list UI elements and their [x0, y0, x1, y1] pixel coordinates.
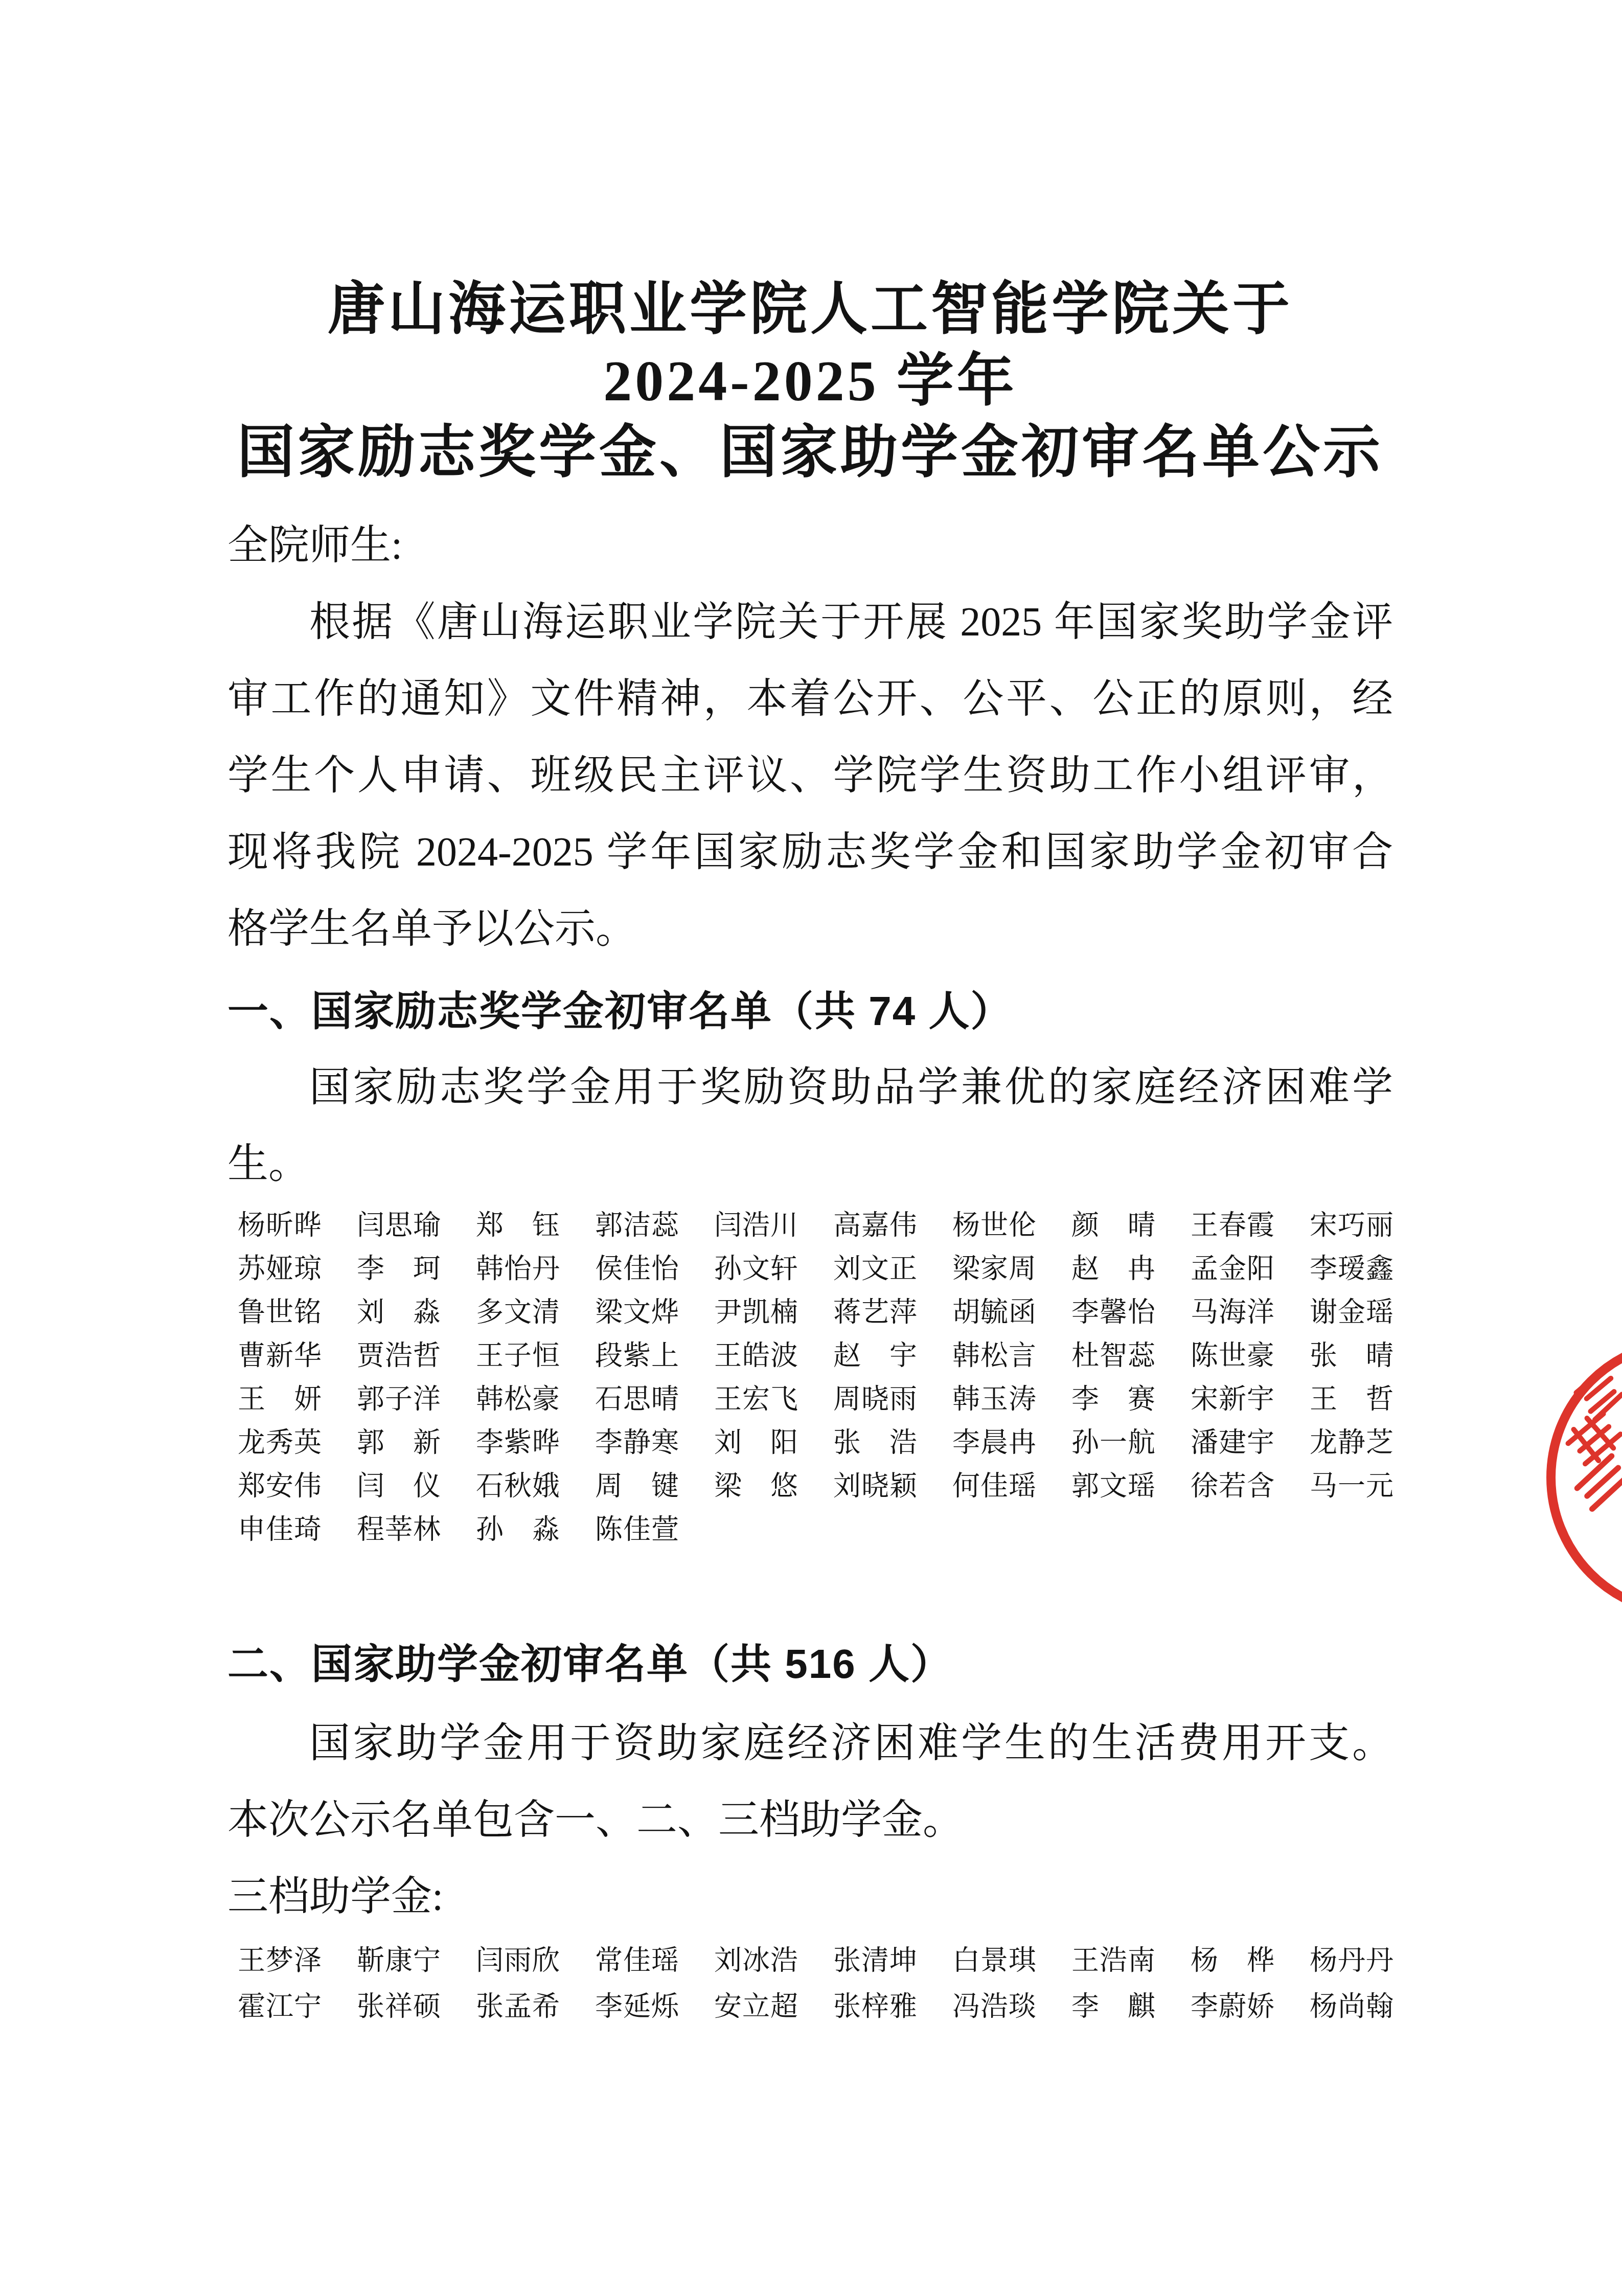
- student-name: 杨世伦: [952, 1203, 1071, 1243]
- student-name: 龙静芝: [1310, 1421, 1429, 1460]
- student-name: 王浩南: [1071, 1939, 1191, 1978]
- student-name: 王子恒: [476, 1334, 595, 1373]
- student-name: 梁文烨: [595, 1290, 714, 1330]
- document-page: 唐山海运职业学院人工智能学院关于 2024-2025 学年 国家励志奖学金、国家…: [0, 0, 1622, 2296]
- section2-description: 国家助学金用于资助家庭经济困难学生的生活费用开支。 本次公示名单包含一、二、三档…: [227, 1705, 1393, 1858]
- student-name: 贾浩哲: [357, 1334, 476, 1373]
- student-name: 段紫上: [595, 1334, 714, 1373]
- student-name: 郭 新: [357, 1421, 476, 1460]
- intro-line: 现将我院 2024-2025 学年国家励志奖学金和国家助学金初审合: [227, 814, 1393, 891]
- student-name: 谢金瑶: [1310, 1290, 1429, 1330]
- student-name: 周 键: [595, 1464, 714, 1504]
- student-name: 尹凯楠: [714, 1290, 833, 1330]
- student-name: 李静寒: [595, 1421, 714, 1460]
- student-name: 霍江宁: [238, 1985, 357, 2024]
- student-name: 白景琪: [952, 1939, 1071, 1978]
- student-name: 杨昕晔: [238, 1203, 357, 1243]
- intro-line: 审工作的通知》文件精神，本着公开、公平、公正的原则，经: [227, 661, 1393, 737]
- student-name: 鲁世铭: [238, 1290, 357, 1330]
- student-name: 杜智蕊: [1071, 1334, 1191, 1373]
- name-row: 王梦泽靳康宁闫雨欣常佳瑶刘冰浩张清坤白景琪王浩南杨 桦杨丹丹: [238, 1935, 1429, 1981]
- student-name: 刘晓颖: [833, 1464, 952, 1504]
- name-row: 鲁世铭刘 淼多文清梁文烨尹凯楠蒋艺萍胡毓函李馨怡马海洋谢金瑶: [238, 1288, 1429, 1332]
- salutation: 全院师生:: [227, 507, 1393, 584]
- student-name: 李 麒: [1071, 1985, 1191, 2024]
- student-name: 程莘林: [357, 1508, 476, 1547]
- student-name: 侯佳怡: [595, 1247, 714, 1286]
- student-name: 孙一航: [1071, 1421, 1191, 1460]
- student-name: 孙 淼: [476, 1508, 595, 1547]
- student-name: 李紫晔: [476, 1421, 595, 1460]
- tier3-grant-label: 三档助学金:: [227, 1858, 1393, 1935]
- student-name: 曹新华: [238, 1334, 357, 1373]
- student-name: 陈佳萱: [595, 1508, 714, 1547]
- student-name: 李 珂: [357, 1247, 476, 1286]
- section2-desc-line: 本次公示名单包含一、二、三档助学金。: [227, 1782, 1393, 1858]
- intro-line: 根据《唐山海运职业学院关于开展 2025 年国家奖助学金评: [227, 584, 1393, 661]
- student-name: 宋巧丽: [1310, 1203, 1429, 1243]
- student-name: 石秋娥: [476, 1464, 595, 1504]
- intro-paragraph: 全院师生: 根据《唐山海运职业学院关于开展 2025 年国家奖助学金评 审工作的…: [227, 507, 1393, 967]
- student-name: 孟金阳: [1191, 1247, 1310, 1286]
- student-name: 颜 晴: [1071, 1203, 1191, 1243]
- student-name: 郑安伟: [238, 1464, 357, 1504]
- student-name: 李馨怡: [1071, 1290, 1191, 1330]
- name-row: 杨昕晔闫思瑜郑 钰郭洁蕊闫浩川高嘉伟杨世伦颜 晴王春霞宋巧丽: [238, 1201, 1429, 1245]
- student-name: 王 妍: [238, 1377, 357, 1417]
- student-name: 刘冰浩: [714, 1939, 833, 1978]
- student-name: 刘 阳: [714, 1421, 833, 1460]
- student-name: 王皓波: [714, 1334, 833, 1373]
- student-name: 杨 桦: [1191, 1939, 1310, 1978]
- name-row: 郑安伟闫 仪石秋娥周 键梁 悠刘晓颖何佳瑶郭文瑶徐若含马一元: [238, 1462, 1429, 1506]
- student-name: 马一元: [1310, 1464, 1429, 1504]
- student-name: 张孟希: [476, 1985, 595, 2024]
- student-name: 何佳瑶: [952, 1464, 1071, 1504]
- student-name: 闫 仪: [357, 1464, 476, 1504]
- student-name: 申佳琦: [238, 1508, 357, 1547]
- student-name: 刘 淼: [357, 1290, 476, 1330]
- title-line-1: 唐山海运职业学院人工智能学院关于: [227, 274, 1393, 346]
- student-name: 李延烁: [595, 1985, 714, 2024]
- student-name: 张 晴: [1310, 1334, 1429, 1373]
- student-name: 韩怡丹: [476, 1247, 595, 1286]
- student-name: 王 哲: [1310, 1377, 1429, 1417]
- student-name: 周晓雨: [833, 1377, 952, 1417]
- student-name: 张清坤: [833, 1939, 952, 1978]
- section2-desc-line: 国家助学金用于资助家庭经济困难学生的生活费用开支。: [227, 1705, 1393, 1782]
- name-row: 王 妍郭子洋韩松豪石思晴王宏飞周晓雨韩玉涛李 赛宋新宇王 哲: [238, 1375, 1429, 1419]
- student-name: 杨丹丹: [1310, 1939, 1429, 1978]
- student-name: 梁家周: [952, 1247, 1071, 1286]
- title-line-2: 2024-2025 学年: [227, 346, 1393, 417]
- student-name: 梁 悠: [714, 1464, 833, 1504]
- student-name: 王春霞: [1191, 1203, 1310, 1243]
- student-name: 陈世豪: [1191, 1334, 1310, 1373]
- student-name: 韩松言: [952, 1334, 1071, 1373]
- intro-line: 格学生名单予以公示。: [227, 891, 1393, 967]
- student-name: 闫浩川: [714, 1203, 833, 1243]
- student-name: 高嘉伟: [833, 1203, 952, 1243]
- student-name: 马海洋: [1191, 1290, 1310, 1330]
- student-name: 孙文轩: [714, 1247, 833, 1286]
- name-row: 曹新华贾浩哲王子恒段紫上王皓波赵 宇韩松言杜智蕊陈世豪张 晴: [238, 1332, 1429, 1375]
- name-row: 申佳琦程莘林孙 淼陈佳萱: [238, 1506, 1429, 1549]
- name-row: 龙秀英郭 新李紫晔李静寒刘 阳张 浩李晨冉孙一航潘建宇龙静芝: [238, 1419, 1429, 1462]
- student-name: 韩松豪: [476, 1377, 595, 1417]
- student-name: 张 浩: [833, 1421, 952, 1460]
- document-title: 唐山海运职业学院人工智能学院关于 2024-2025 学年 国家励志奖学金、国家…: [227, 274, 1393, 489]
- student-name: 石思晴: [595, 1377, 714, 1417]
- student-name: 赵 冉: [1071, 1247, 1191, 1286]
- section2-heading: 二、国家助学金初审名单（共 516 人）: [227, 1639, 1454, 1690]
- section1-desc-line: 国家励志奖学金用于奖励资助品学兼优的家庭经济困难学: [227, 1049, 1393, 1126]
- student-name: 冯浩琰: [952, 1985, 1071, 2024]
- student-name: 郑 钰: [476, 1203, 595, 1243]
- student-name: 常佳瑶: [595, 1939, 714, 1978]
- official-seal-stamp: [1534, 1324, 1622, 1631]
- student-name: 潘建宇: [1191, 1421, 1310, 1460]
- student-name: 王宏飞: [714, 1377, 833, 1417]
- student-name: 郭子洋: [357, 1377, 476, 1417]
- name-row: 霍江宁张祥硕张孟希李延烁安立超张梓雅冯浩琰李 麒李蔚娇杨尚翰: [238, 1981, 1429, 2027]
- intro-line: 学生个人申请、班级民主评议、学院学生资助工作小组评审，: [227, 737, 1393, 814]
- student-name: 胡毓函: [952, 1290, 1071, 1330]
- student-name: 郭文瑶: [1071, 1464, 1191, 1504]
- student-name: 龙秀英: [238, 1421, 357, 1460]
- section1-desc-line: 生。: [227, 1126, 1393, 1202]
- section1-description: 国家励志奖学金用于奖励资助品学兼优的家庭经济困难学 生。: [227, 1049, 1393, 1202]
- grant-name-list: 王梦泽靳康宁闫雨欣常佳瑶刘冰浩张清坤白景琪王浩南杨 桦杨丹丹霍江宁张祥硕张孟希李…: [238, 1935, 1429, 2027]
- student-name: 靳康宁: [357, 1939, 476, 1978]
- student-name: 韩玉涛: [952, 1377, 1071, 1417]
- student-name: 张祥硕: [357, 1985, 476, 2024]
- scholarship-name-list: 杨昕晔闫思瑜郑 钰郭洁蕊闫浩川高嘉伟杨世伦颜 晴王春霞宋巧丽苏娅琼李 珂韩怡丹侯…: [238, 1201, 1429, 1549]
- student-name: 蒋艺萍: [833, 1290, 952, 1330]
- student-name: 闫思瑜: [357, 1203, 476, 1243]
- student-name: 安立超: [714, 1985, 833, 2024]
- student-name: 张梓雅: [833, 1985, 952, 2024]
- student-name: 赵 宇: [833, 1334, 952, 1373]
- student-name: 李 赛: [1071, 1377, 1191, 1417]
- student-name: 杨尚翰: [1310, 1985, 1429, 2024]
- student-name: 闫雨欣: [476, 1939, 595, 1978]
- student-name: 李蔚娇: [1191, 1985, 1310, 2024]
- student-name: 多文清: [476, 1290, 595, 1330]
- section1-heading: 一、国家励志奖学金初审名单（共 74 人）: [227, 986, 1454, 1037]
- student-name: 宋新宇: [1191, 1377, 1310, 1417]
- student-name: 李晨冉: [952, 1421, 1071, 1460]
- student-name: 郭洁蕊: [595, 1203, 714, 1243]
- title-line-3: 国家励志奖学金、国家助学金初审名单公示: [227, 417, 1393, 489]
- student-name: 李瑷鑫: [1310, 1247, 1429, 1286]
- student-name: 徐若含: [1191, 1464, 1310, 1504]
- student-name: 苏娅琼: [238, 1247, 357, 1286]
- student-name: 刘文正: [833, 1247, 952, 1286]
- student-name: 王梦泽: [238, 1939, 357, 1978]
- name-row: 苏娅琼李 珂韩怡丹侯佳怡孙文轩刘文正梁家周赵 冉孟金阳李瑷鑫: [238, 1245, 1429, 1288]
